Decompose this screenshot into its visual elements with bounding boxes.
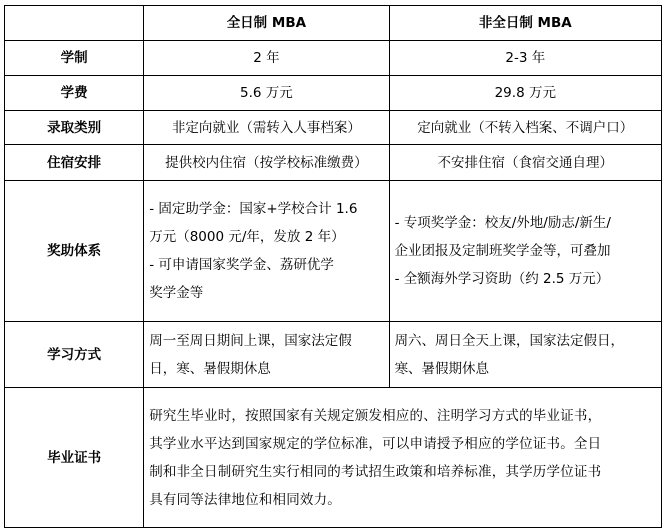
- scholarship-line: - 可申请国家奖学金、荔研优学: [149, 251, 384, 279]
- full-time-accommodation: 提供校内住宿（按学校标准缴费）: [144, 145, 389, 181]
- full-time-admission-type: 非定向就业（需转入人事档案）: [144, 111, 389, 145]
- part-time-duration: 2-3 年: [389, 41, 661, 76]
- certificate-line: 其学业水平达到国家规定的学位标准，可以申请授予相应的学位证书。全日: [149, 430, 655, 458]
- row-label-scholarships: 奖助体系: [5, 181, 144, 322]
- header-full-time: 全日制 MBA: [144, 6, 389, 41]
- row-label-admission-type: 录取类别: [5, 111, 144, 145]
- certificate-line: 具有同等法律地位和相同效力。: [149, 486, 655, 514]
- table-row-study-mode: 学习方式 周一至周日期间上课，国家法定假 日，寒、暑假期休息 周六、周日全天上课…: [5, 322, 662, 388]
- part-time-tuition: 29.8 万元: [389, 76, 661, 111]
- part-time-admission-type: 定向就业（不转入档案、不调户口）: [389, 111, 661, 145]
- scholarship-line: - 专项奖学金：校友/外地/励志/新生/: [395, 209, 657, 237]
- table-row-scholarships: 奖助体系 - 固定助学金：国家+学校合计 1.6 万元（8000 元/年，发放 …: [5, 181, 662, 322]
- full-time-duration: 2 年: [144, 41, 389, 76]
- scholarship-line: - 固定助学金：国家+学校合计 1.6: [149, 195, 384, 223]
- mba-comparison-table: 全日制 MBA 非全日制 MBA 学制 2 年 2-3 年 学费 5.6 万元 …: [4, 5, 662, 528]
- row-label-tuition: 学费: [5, 76, 144, 111]
- certificate-line: 制和非全日制研究生实行相同的考试招生政策和培养标准，其学历学位证书: [149, 458, 655, 486]
- full-time-study-mode: 周一至周日期间上课，国家法定假 日，寒、暑假期休息: [144, 322, 389, 388]
- scholarship-line: 企业团报及定制班奖学金等，可叠加: [395, 237, 657, 265]
- study-mode-line: 寒、暑假期休息: [395, 355, 657, 383]
- header-part-time: 非全日制 MBA: [389, 6, 661, 41]
- part-time-study-mode: 周六、周日全天上课，国家法定假日， 寒、暑假期休息: [389, 322, 661, 388]
- certificate-description: 研究生毕业时，按照国家有关规定颁发相应的、注明学习方式的毕业证书， 其学业水平达…: [144, 388, 662, 528]
- study-mode-line: 日，寒、暑假期休息: [149, 355, 384, 383]
- row-label-study-mode: 学习方式: [5, 322, 144, 388]
- part-time-accommodation: 不安排住宿（食宿交通自理）: [389, 145, 661, 181]
- study-mode-line: 周一至周日期间上课，国家法定假: [149, 327, 384, 355]
- scholarship-line: 万元（8000 元/年，发放 2 年）: [149, 223, 384, 251]
- table-row-admission-type: 录取类别 非定向就业（需转入人事档案） 定向就业（不转入档案、不调户口）: [5, 111, 662, 145]
- study-mode-line: 周六、周日全天上课，国家法定假日，: [395, 327, 657, 355]
- table-row-tuition: 学费 5.6 万元 29.8 万元: [5, 76, 662, 111]
- table-row-duration: 学制 2 年 2-3 年: [5, 41, 662, 76]
- certificate-line: 研究生毕业时，按照国家有关规定颁发相应的、注明学习方式的毕业证书，: [149, 402, 655, 430]
- full-time-tuition: 5.6 万元: [144, 76, 389, 111]
- table-row-certificate: 毕业证书 研究生毕业时，按照国家有关规定颁发相应的、注明学习方式的毕业证书， 其…: [5, 388, 662, 528]
- row-label-accommodation: 住宿安排: [5, 145, 144, 181]
- part-time-scholarships: - 专项奖学金：校友/外地/励志/新生/ 企业团报及定制班奖学金等，可叠加 - …: [389, 181, 661, 322]
- corner-cell: [5, 6, 144, 41]
- scholarship-line: - 全额海外学习资助（约 2.5 万元）: [395, 265, 657, 293]
- full-time-scholarships: - 固定助学金：国家+学校合计 1.6 万元（8000 元/年，发放 2 年） …: [144, 181, 389, 322]
- row-label-duration: 学制: [5, 41, 144, 76]
- table-row-accommodation: 住宿安排 提供校内住宿（按学校标准缴费） 不安排住宿（食宿交通自理）: [5, 145, 662, 181]
- header-row: 全日制 MBA 非全日制 MBA: [5, 6, 662, 41]
- row-label-certificate: 毕业证书: [5, 388, 144, 528]
- scholarship-line: 奖学金等: [149, 279, 384, 307]
